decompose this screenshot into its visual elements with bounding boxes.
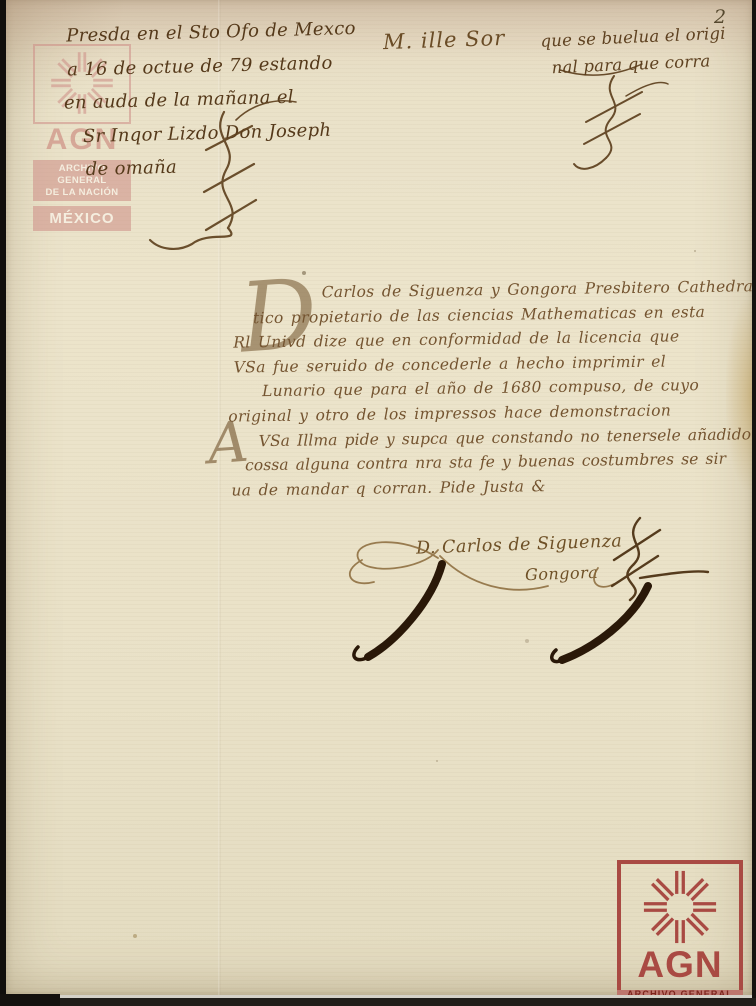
scan-edge-left (0, 0, 6, 1006)
document-scan: AGN ARCHIVO GENERAL DE LA NACIÓN MÉXICO … (0, 0, 756, 1006)
watermark-country: MÉXICO (33, 206, 131, 231)
petition-text: Carlos de Siguenza y Gongora Presbitero … (226, 274, 751, 503)
scan-edge-bottom-corner (0, 994, 60, 1006)
note-line: de omaña (85, 146, 340, 186)
note-line: Sr Inqor Lizdo Don Joseph (82, 113, 339, 153)
scan-edge-right (752, 0, 756, 1006)
watermark-org-line2: DE LA NACIÓN (33, 187, 131, 199)
logo-acronym: AGN (621, 946, 739, 984)
decree-note: que se buelua el origi nal para que corr… (540, 18, 756, 81)
scan-edge-bottom (0, 998, 756, 1006)
presentation-note: Presda en el Sto Ofo de Mexco a 16 de oc… (66, 12, 340, 187)
agn-logo: AGN (617, 860, 743, 996)
signature-surname: Gongora (525, 563, 599, 585)
note-line: a 16 de octue de 79 estando (67, 46, 338, 87)
ink-specks (6, 0, 8, 2)
agn-logo-star-icon (634, 866, 726, 948)
salutation: M. ille Sor (383, 26, 506, 54)
